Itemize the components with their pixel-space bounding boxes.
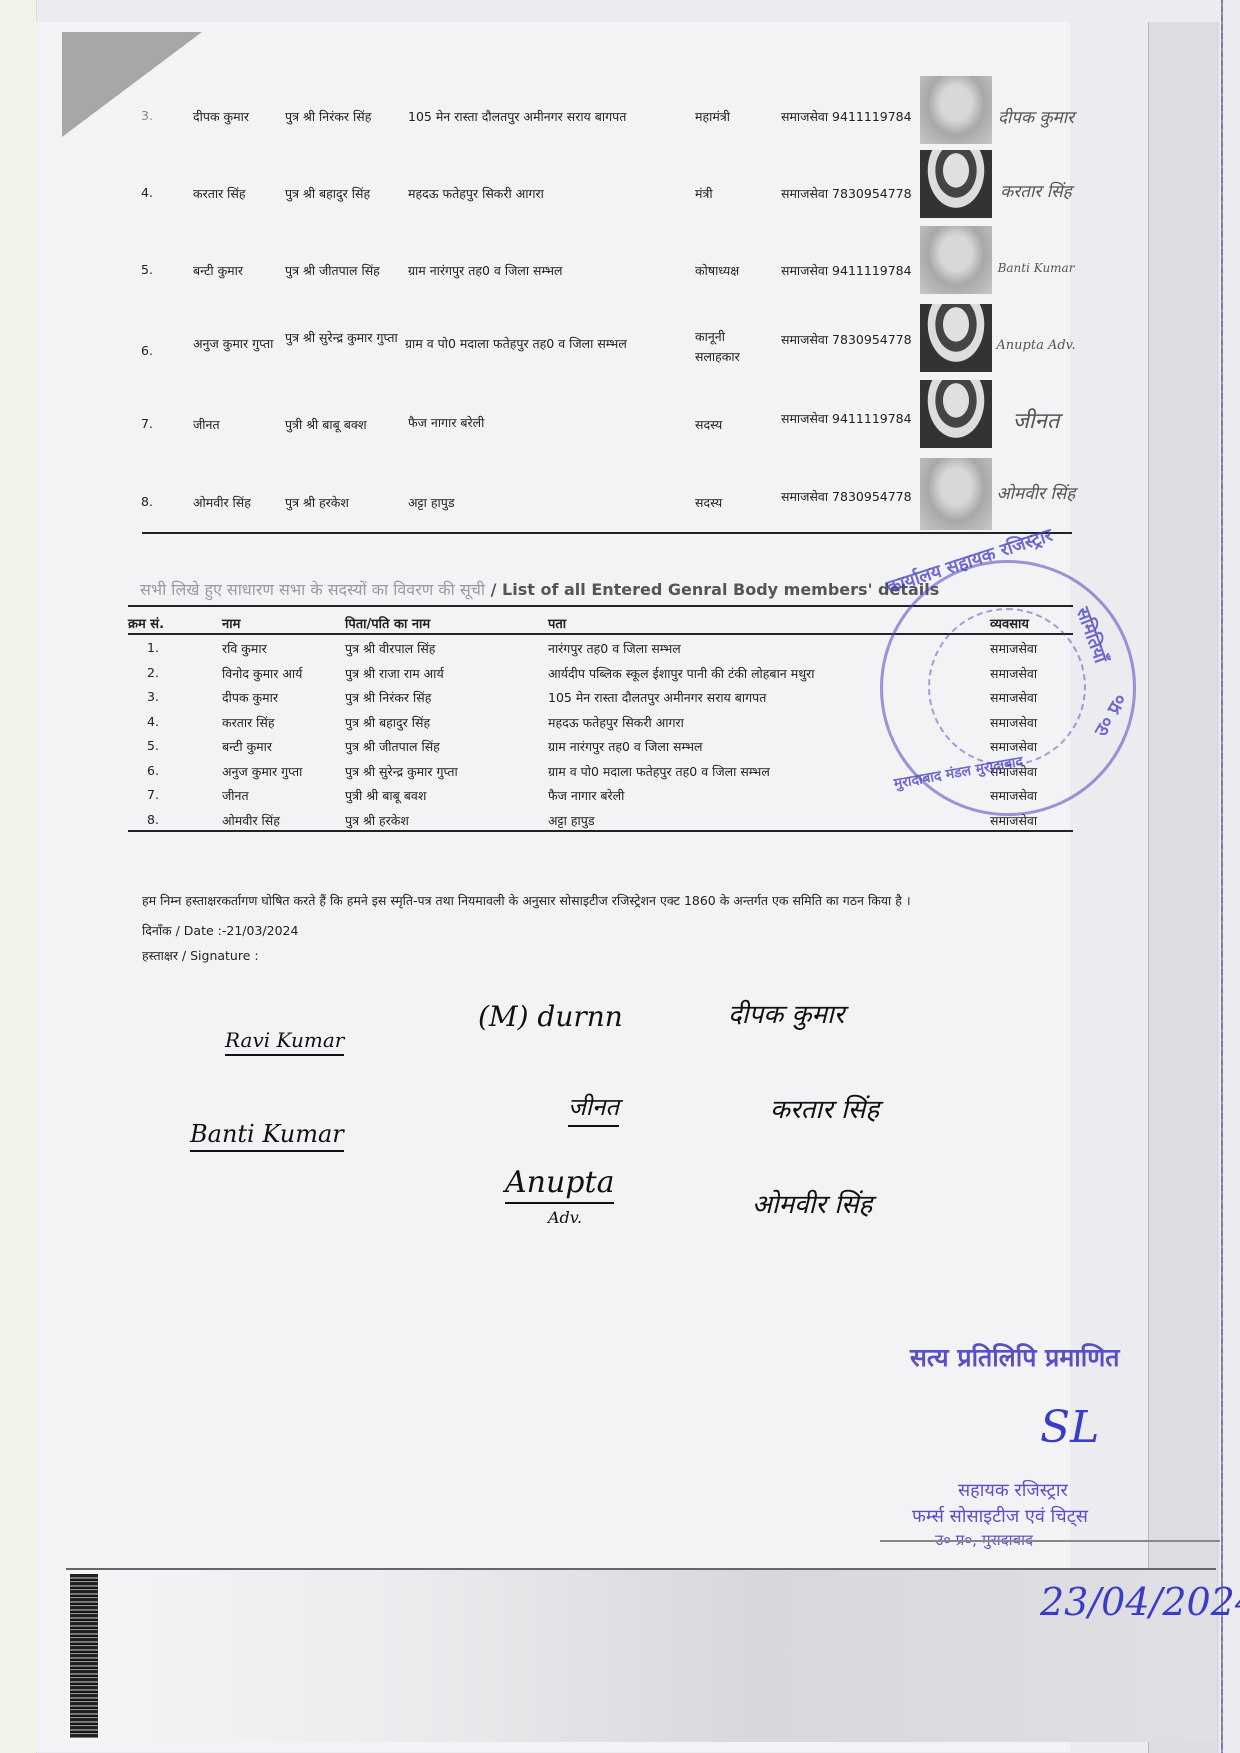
member-name: करतार सिंह <box>222 714 275 731</box>
certification-box-edge <box>880 1540 1220 1542</box>
father-name: पुत्र श्री निरंकर सिंह <box>345 689 431 706</box>
post: महामंत्री <box>695 108 730 125</box>
member-name: ओमवीर सिंह <box>193 494 251 511</box>
member-name: अनुज कुमार गुप्ता <box>222 763 302 780</box>
serial-number: 4. <box>147 714 159 729</box>
registrar-initials: SL <box>1040 1402 1099 1453</box>
member-name: बन्टी कुमार <box>193 262 243 279</box>
serial-number: 7. <box>147 787 159 802</box>
occupation-phone: समाजसेवा 7830954778 <box>781 488 912 505</box>
father-name: पुत्र श्री निरंकर सिंह <box>285 108 371 125</box>
table-bottom-rule <box>128 830 1073 832</box>
header-address: पता <box>548 614 566 632</box>
signature-deepak-kumar: दीपक कुमार <box>728 995 844 1031</box>
declaration-date: दिनाँक / Date :-21/03/2024 <box>142 922 298 939</box>
member-photo <box>920 458 992 530</box>
address: फैज नागार बरेली <box>408 414 484 431</box>
registrar-office: फर्म्स सोसाइटीज एवं चिट्स <box>912 1504 1088 1528</box>
signature-omvir-singh: ओमवीर सिंह <box>752 1185 872 1221</box>
signature-ravi-kumar: Ravi Kumar <box>225 1028 344 1056</box>
header-father: पिता/पति का नाम <box>345 614 430 632</box>
certification-heading: सत्य प्रतिलिपि प्रमाणित <box>910 1340 1120 1374</box>
title-separator: / <box>485 580 502 599</box>
header-serial: क्रम सं. <box>128 614 164 632</box>
member-name: दीपक कुमार <box>222 689 278 706</box>
member-name: करतार सिंह <box>193 185 246 202</box>
member-photo <box>920 226 992 294</box>
address: महदऊ फतेहपुर सिकरी आगरा <box>548 714 684 731</box>
signature-vinod: (M) durnn <box>478 1000 623 1033</box>
certification-date: 23/04/2024 <box>1040 1580 1240 1624</box>
father-name: पुत्री श्री बाबू बवश <box>345 787 426 804</box>
member-signature: Banti Kumar <box>996 238 1076 298</box>
occupation-phone: समाजसेवा 9411119784 <box>781 108 912 125</box>
address: अट्टा हापुड <box>408 494 455 511</box>
post: कानूनी सलाहकार <box>695 327 755 367</box>
serial-number: 8. <box>147 812 159 827</box>
member-signature: Anupta Adv. <box>996 316 1076 376</box>
address: अट्टा हापुड <box>548 812 595 829</box>
header-name: नाम <box>222 614 240 632</box>
father-name: पुत्र श्री जीतपाल सिंह <box>285 262 380 279</box>
member-name: रवि कुमार <box>222 640 267 657</box>
post: सदस्य <box>695 416 722 433</box>
address: ग्राम नारंगपुर तह0 व जिला सम्भल <box>408 262 563 279</box>
father-name: पुत्र श्री बहादुर सिंह <box>345 714 430 731</box>
registrar-seal-stamp: कार्यालय सहायक रजिस्ट्रार समितियाँ मुराद… <box>880 560 1136 816</box>
father-name: पुत्र श्री जीतपाल सिंह <box>345 738 440 755</box>
stamp-bottom-text: मुरादाबाद मंडल मुरादाबाद <box>892 752 1024 793</box>
address: ग्राम व पो0 मदाला फतेहपुर तह0 व जिला सम्… <box>405 335 627 352</box>
father-name: पुत्र श्री सुरेन्द्र कुमार गुप्ता <box>345 763 458 780</box>
member-name: अनुज कुमार गुप्ता <box>193 335 273 352</box>
member-signature: जीनत <box>996 392 1076 452</box>
signature-label: हस्ताक्षर / Signature : <box>142 947 259 964</box>
registrar-title: सहायक रजिस्ट्रार <box>958 1478 1068 1502</box>
father-name: पुत्र श्री हरकेश <box>345 812 409 829</box>
serial-number: 5. <box>147 738 159 753</box>
serial-number: 8. <box>141 494 153 509</box>
serial-number: 1. <box>147 640 159 655</box>
serial-number: 6. <box>147 763 159 778</box>
member-signature: करतार सिंह <box>996 162 1076 222</box>
table-divider <box>142 532 1072 534</box>
serial-number: 3. <box>147 689 159 704</box>
serial-number: 2. <box>147 665 159 680</box>
signature-banti-kumar: Banti Kumar <box>190 1120 344 1152</box>
post: कोषाध्यक्ष <box>695 262 739 279</box>
declaration-text: हम निम्न हस्ताक्षरकर्तागण घोषित करते हैं… <box>142 892 911 909</box>
father-name: पुत्र श्री वीरपाल सिंह <box>345 640 435 657</box>
emblem-icon <box>928 608 1086 766</box>
occupation-phone: समाजसेवा 7830954778 <box>781 331 912 348</box>
member-name: विनोद कुमार आर्य <box>222 665 302 682</box>
member-signature: ओमवीर सिंह <box>996 464 1076 524</box>
title-hindi: सभी लिखे हुए साधारण सभा के सदस्यों का वि… <box>140 580 485 599</box>
father-name: पुत्र श्री बहादुर सिंह <box>285 185 370 202</box>
occupation-phone: समाजसेवा 7830954778 <box>781 185 912 202</box>
member-name: बन्टी कुमार <box>222 738 272 755</box>
father-name: पुत्री श्री बाबू बक्श <box>285 416 367 433</box>
title-english: List of all Entered Genral Body members'… <box>502 580 939 599</box>
address: ग्राम नारंगपुर तह0 व जिला सम्भल <box>548 738 703 755</box>
address: महदऊ फतेहपुर सिकरी आगरा <box>408 185 544 202</box>
signature-zeenat: जीनत <box>568 1090 619 1127</box>
signature-kartar-singh: करतार सिंह <box>770 1090 879 1126</box>
signature-anuj-gupta-adv: Adv. <box>548 1208 582 1227</box>
post: सदस्य <box>695 494 722 511</box>
address: 105 मेन रास्ता दौलतपुर अमीनगर सराय बागपत <box>408 108 626 125</box>
serial-number: 7. <box>141 416 153 431</box>
member-photo <box>920 150 992 218</box>
member-name: जीनत <box>222 787 249 804</box>
address: नारंगपुर तह0 व जिला सम्भल <box>548 640 681 657</box>
father-name: पुत्र श्री हरकेश <box>285 494 349 511</box>
barcode-strip <box>70 1574 98 1738</box>
father-name: पुत्र श्री राजा राम आर्य <box>345 665 444 682</box>
serial-number: 5. <box>141 262 153 277</box>
member-photo <box>920 380 992 448</box>
address: ग्राम व पो0 मदाला फतेहपुर तह0 व जिला सम्… <box>548 763 770 780</box>
member-name: ओमवीर सिंह <box>222 812 280 829</box>
member-photo <box>920 76 992 144</box>
address: फैज नागार बरेली <box>548 787 624 804</box>
post: मंत्री <box>695 185 713 202</box>
address: आर्यदीप पब्लिक स्कूल ईशापुर पानी की टंकी… <box>548 665 815 682</box>
occupation-phone: समाजसेवा 9411119784 <box>781 262 912 279</box>
father-name: पुत्र श्री सुरेन्द्र कुमार गुप्ता <box>285 329 403 347</box>
member-name: दीपक कुमार <box>193 108 249 125</box>
serial-number: 6. <box>141 343 153 358</box>
signature-anuj-gupta: Anupta <box>505 1165 614 1204</box>
serial-number: 4. <box>141 185 153 200</box>
serial-number: 3. <box>141 108 153 123</box>
stamp-side-text: उ० प्र० <box>1089 689 1132 740</box>
member-signature: दीपक कुमार <box>996 88 1076 148</box>
occupation-phone: समाजसेवा 9411119784 <box>781 410 912 427</box>
member-photo <box>920 304 992 372</box>
general-body-title: सभी लिखे हुए साधारण सभा के सदस्यों का वि… <box>140 578 939 600</box>
member-name: जीनत <box>193 416 220 433</box>
address: 105 मेन रास्ता दौलतपुर अमीनगर सराय बागपत <box>548 689 766 706</box>
